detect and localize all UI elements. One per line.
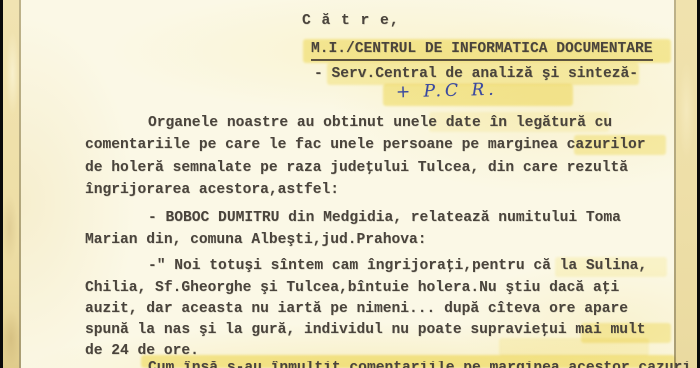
- paragraph-intro: Organele noastre au obtinut unele date î…: [85, 112, 685, 202]
- text-line: Organele noastre au obtinut unele date î…: [85, 112, 685, 134]
- text-line: auzit, dar aceasta nu iartă pe nimeni...…: [85, 299, 685, 320]
- text-line: îngrijorarea acestora,astfel:: [85, 179, 685, 201]
- partially-visible-line: Cum însă s-au înmulţit comentariile pe m…: [148, 361, 691, 368]
- text-line: -" Noi totuşi sîntem cam îngrijoraţi,pen…: [85, 256, 685, 277]
- paragraph-quote: -" Noi totuşi sîntem cam îngrijoraţi,pen…: [85, 256, 685, 362]
- text-line: comentariile pe care le fac unele persoa…: [85, 134, 685, 156]
- paper-page: C ă t r e, M.I./CENTRUL DE INFORMATICA D…: [21, 0, 674, 368]
- salutation: C ă t r e,: [302, 13, 400, 29]
- text-line: spună la nas şi la gură, individul nu po…: [85, 320, 685, 341]
- handwritten-pcr-annotation: + P.C R.: [396, 80, 498, 103]
- document-scan: C ă t r e, M.I./CENTRUL DE INFORMATICA D…: [0, 0, 700, 368]
- text-line: - BOBOC DUMITRU din Medgidia, relatează …: [85, 207, 685, 229]
- recipient-line: M.I./CENTRUL DE INFORMATICA DOCUMENTARE: [311, 41, 653, 61]
- text-line: de 24 de ore.: [85, 341, 685, 362]
- paragraph-boboc: - BOBOC DUMITRU din Medgidia, relatează …: [85, 207, 685, 252]
- text-line: Marian din, comuna Albeşti,jud.Prahova:: [85, 229, 685, 251]
- text-line: de holeră semnalate pe raza judeţului Tu…: [85, 157, 685, 179]
- body-text: Organele noastre au obtinut unele date î…: [85, 112, 685, 362]
- text-line: Chilia, Sf.Gheorghe şi Tulcea,bîntuie ho…: [85, 278, 685, 299]
- paper-left-edge: [3, 0, 19, 368]
